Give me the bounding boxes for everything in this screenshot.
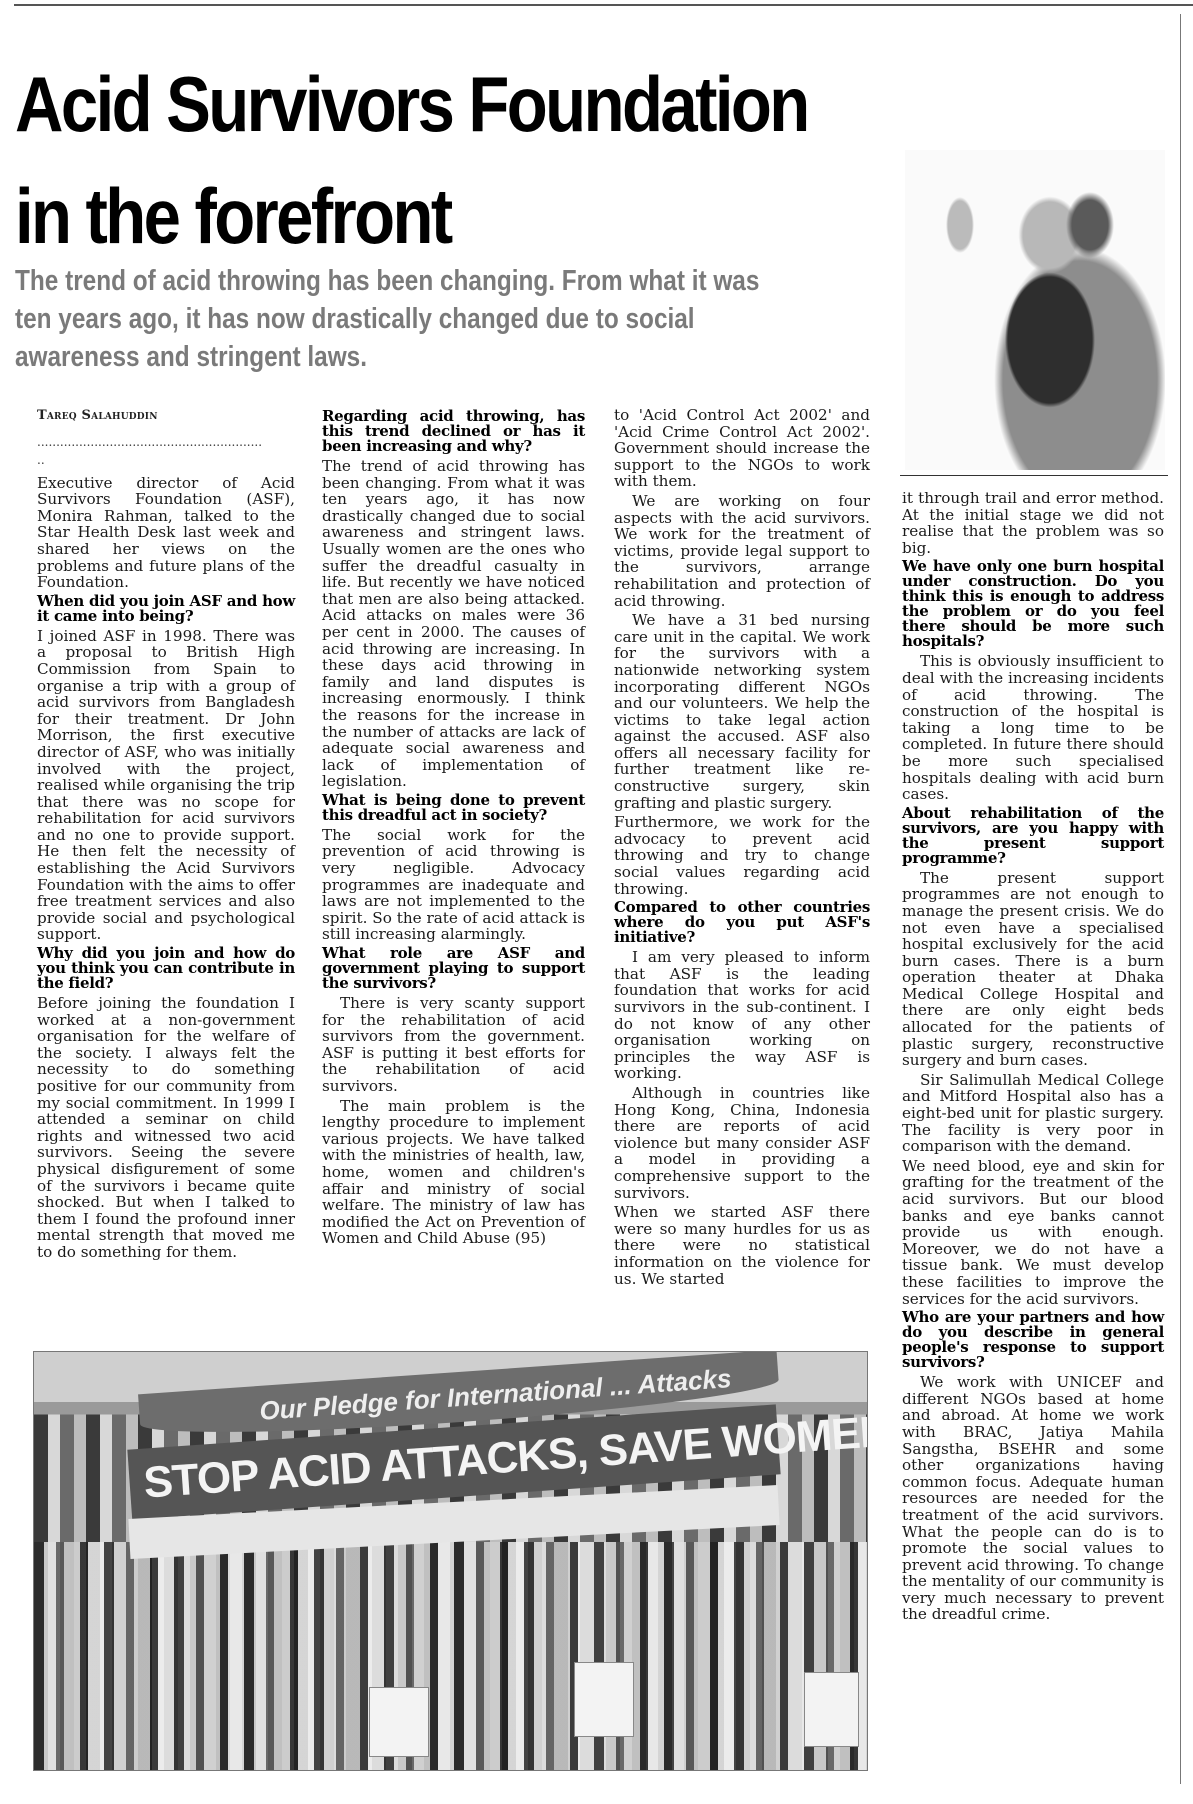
byline-rule-tail: .. [37,453,295,467]
answer-paragraph: The present support programmes are not e… [902,870,1164,1069]
photo-mother-and-child [905,150,1165,470]
question: Compared to other countries where do you… [614,900,870,945]
answer-paragraph: I joined ASF in 1998. There was a propos… [37,628,295,943]
answer-paragraph: The main problem is the lengthy procedur… [322,1098,585,1247]
answer-paragraph: This is obviously insufficient to deal w… [902,653,1164,802]
placard [369,1687,429,1757]
answer-paragraph: We work with UNICEF and different NGOs b… [902,1374,1164,1623]
column-rule [1180,14,1181,1784]
question: Regarding acid throwing, has this trend … [322,409,585,454]
answer-paragraph: There is very scanty support for the reh… [322,995,585,1095]
answer-paragraph: I am very pleased to inform that ASF is … [614,949,870,1082]
answer-paragraph: The social work for the prevention of ac… [322,827,585,943]
top-rule [14,4,1193,6]
photo-rule [900,475,1168,476]
question: When did you join ASF and how it came in… [37,594,295,624]
column-1: Tareq Salahuddin .......................… [37,408,295,1264]
intro-paragraph: Executive director of Acid Survivors Fou… [37,475,295,591]
answer-paragraph: We need blood, eye and skin for grafting… [902,1158,1164,1307]
answer-paragraph: Although in countries like Hong Kong, Ch… [614,1085,870,1201]
answer-paragraph: to 'Acid Control Act 2002' and 'Acid Cri… [614,407,870,490]
column-4: it through trail and error method. At th… [902,490,1164,1626]
answer-paragraph: The trend of acid throwing has been chan… [322,458,585,790]
placard [574,1662,634,1737]
placard [804,1672,859,1747]
answer-paragraph: When we started ASF there were so many h… [614,1204,870,1287]
column-3: to 'Acid Control Act 2002' and 'Acid Cri… [614,407,870,1290]
headline: Acid Survivors Foundation in the forefro… [15,48,875,272]
headline-line-2: in the forefront [15,160,875,272]
answer-paragraph: it through trail and error method. At th… [902,490,1164,556]
byline: Tareq Salahuddin [37,408,295,425]
photo-rally-banner: Our Pledge for International ... Attacks… [33,1351,868,1771]
answer-paragraph: Before joining the foundation I worked a… [37,995,295,1261]
deck-subheadline: The trend of acid throwing has been chan… [15,262,771,376]
question: We have only one burn hospital under con… [902,559,1164,649]
question: Who are your partners and how do you des… [902,1310,1164,1370]
question: What is being done to prevent this dread… [322,793,585,823]
answer-paragraph: Furthermore, we work for the advocacy to… [614,814,870,897]
photo-crowd [34,1542,867,1770]
answer-paragraph: We are working on four aspects with the … [614,493,870,609]
question: Why did you join and how do you think yo… [37,946,295,991]
headline-line-1: Acid Survivors Foundation [15,48,875,160]
answer-paragraph: Sir Salimullah Medical College and Mitfo… [902,1072,1164,1155]
answer-paragraph: We have a 31 bed nursing care unit in th… [614,612,870,811]
question: About rehabilitation of the survivors, a… [902,806,1164,866]
question: What role are ASF and government playing… [322,946,585,991]
byline-rule: ........................................… [37,435,295,449]
column-2: Regarding acid throwing, has this trend … [322,407,585,1250]
